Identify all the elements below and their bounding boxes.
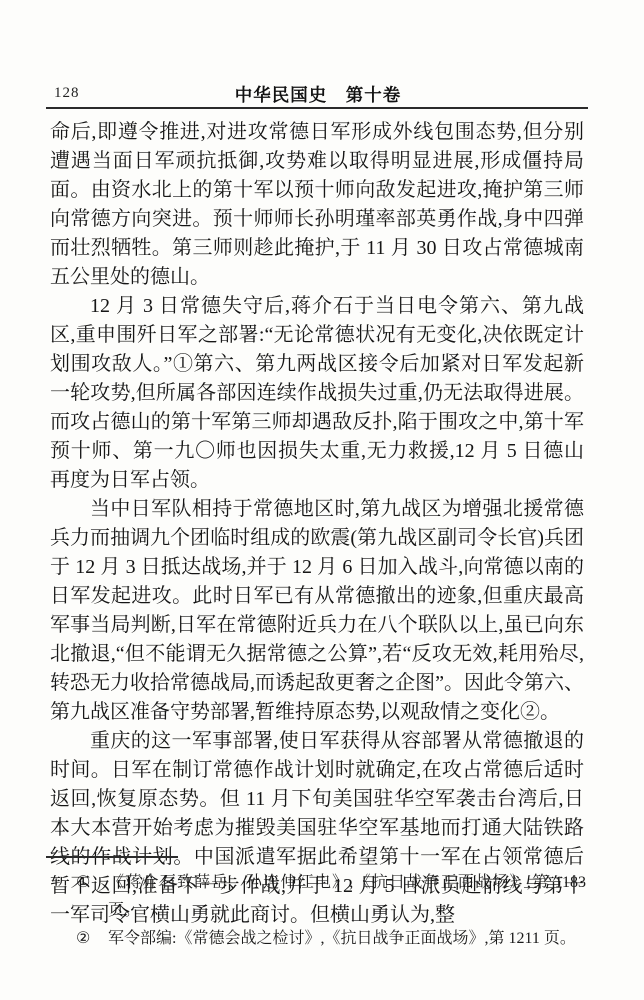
footnote-1-text: 《蒋介石致薛岳、孙连仲江电》,《抗日战争正面战场》,第 1183 页。 <box>108 869 586 925</box>
header-rule <box>46 107 588 109</box>
footnote-2: ② 军令部编:《常德会战之检讨》,《抗日战争正面战场》,第 1211 页。 <box>76 925 586 953</box>
paragraph-1: 命后,即遵令推进,对进攻常德日军形成外线包围态势,但分别遭遇当面日军顽抗抵御,攻… <box>50 118 584 292</box>
page-header: 128 中华民国史 第十卷 <box>48 82 588 106</box>
body-text: 命后,即遵令推进,对进攻常德日军形成外线包围态势,但分别遭遇当面日军顽抗抵御,攻… <box>50 118 584 930</box>
book-page: 128 中华民国史 第十卷 命后,即遵令推进,对进攻常德日军形成外线包围态势,但… <box>0 0 644 1000</box>
paragraph-3: 当中日军队相持于常德地区时,第九战区为增强北援常德兵力而抽调九个团临时组成的欧震… <box>50 495 584 727</box>
footnote-1: ① 《蒋介石致薛岳、孙连仲江电》,《抗日战争正面战场》,第 1183 页。 <box>76 869 586 925</box>
footnote-separator-rule <box>46 856 178 858</box>
footnote-1-marker: ① <box>76 869 96 897</box>
paragraph-2: 12 月 3 日常德失守后,蒋介石于当日电令第六、第九战区,重申围歼日军之部署:… <box>50 292 584 495</box>
footnote-2-text: 军令部编:《常德会战之检讨》,《抗日战争正面战场》,第 1211 页。 <box>108 925 586 953</box>
running-title: 中华民国史 第十卷 <box>48 82 588 107</box>
footnote-2-marker: ② <box>76 925 96 953</box>
footnotes-section: ① 《蒋介石致薛岳、孙连仲江电》,《抗日战争正面战场》,第 1183 页。 ② … <box>76 869 586 953</box>
